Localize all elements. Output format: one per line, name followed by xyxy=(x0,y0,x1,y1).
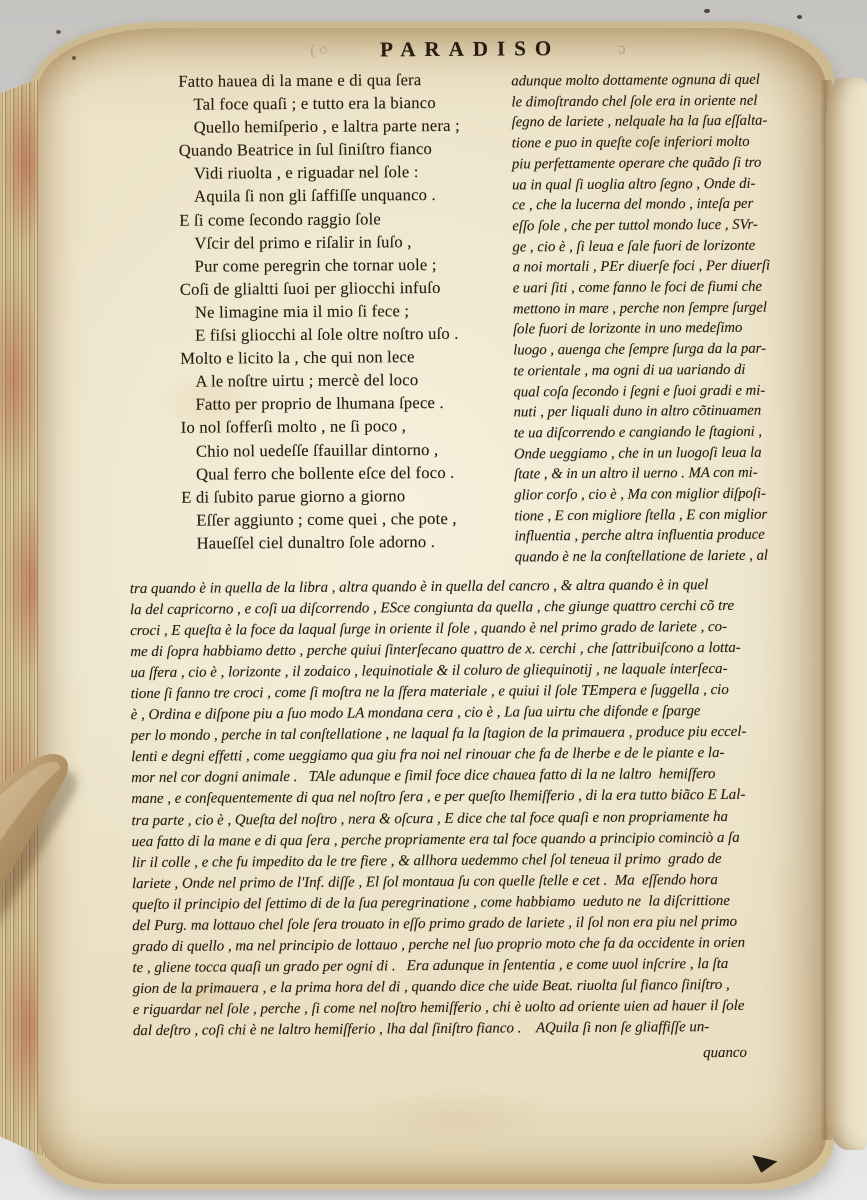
commentary-line: tione , E con migliore ſtella , E con mi… xyxy=(514,504,772,526)
commentary-line: a noi mortali , PEr diuerſe foci , Per d… xyxy=(513,256,771,278)
dust-speck xyxy=(797,15,802,19)
verse-line: A le noſtre uirtu ; mercè del loco xyxy=(180,368,461,393)
verse-line: Eſſer aggiunto ; come quei , che pote , xyxy=(181,507,462,532)
commentary-full-width-block: tra quando è in quella de la libra , alt… xyxy=(130,575,749,1042)
commentary-line: te ua diſcorrendo e cangiando le ſtagion… xyxy=(514,422,772,444)
verse-line: Quando Beatrice in ſul ſiniſtro fianco xyxy=(179,137,460,162)
verse-line: Vidi riuolta , e riguadar nel ſole : xyxy=(179,160,460,185)
verse-line: Io nol ſofferſi molto , ne ſi poco , xyxy=(181,414,462,439)
verse-line: E ſi come ſecondo raggio ſole xyxy=(179,206,460,231)
verse-line: E fiſsi gliocchi al ſole oltre noſtro uſ… xyxy=(180,322,461,347)
commentary-line: ſtate , & in un altro il uerno . MA con … xyxy=(514,463,772,485)
commentary-line: ſole fuori de lorizonte in uno medeſimo xyxy=(513,318,771,340)
commentary-line: qual coſa ſecondo i ſegni e ſuoi gradi e… xyxy=(513,380,771,402)
dust-speck xyxy=(56,30,61,34)
verse-line: Fatto hauea di la mane e di qua ſera xyxy=(178,68,459,93)
verse-line: Fatto per proprio de lhumana ſpece . xyxy=(181,391,462,416)
printed-text-area: ( ○ ɔ PARADISO Fatto hauea di la mane e … xyxy=(38,28,826,1184)
verse-line: Qual ferro che bollente eſce del foco . xyxy=(181,460,462,485)
commentary-line: e uari ſiti , come fanno le foci de fium… xyxy=(513,277,771,299)
verse-line: Tal foce quaſi ; e tutto era la bianco xyxy=(178,91,459,116)
verse-line: Quello hemiſperio , e laltra parte nera … xyxy=(179,114,460,139)
show-through-mark: ( ○ xyxy=(310,43,328,60)
verse-line: Ne limagine mia il mio ſi fece ; xyxy=(180,299,461,324)
verse-line: Haueſſel ciel dunaltro ſole adorno . xyxy=(181,530,462,555)
facing-page-edge xyxy=(826,78,867,1150)
commentary-line: ce , che la lucerna del mondo , inteſa p… xyxy=(512,194,770,216)
verse-line: Chio nol uedeſſe ſfauillar dintorno , xyxy=(181,437,462,462)
book-page: ( ○ ɔ PARADISO Fatto hauea di la mane e … xyxy=(38,28,826,1184)
commentary-line: ge , cio è , ſi leua e ſale fuori de lor… xyxy=(512,235,770,257)
commentary-line: eſſo ſole , che per tuttol mondo luce , … xyxy=(512,215,770,237)
commentary-line: influentia , perche altra influentia pro… xyxy=(514,525,772,547)
commentary-line: tione e puo in queſte coſe inferiori mol… xyxy=(512,132,770,154)
commentary-line: piu perfettamente operare che quãdo ſi t… xyxy=(512,152,770,174)
commentary-line: ua in qual ſi uoglia altro ſegno , Onde … xyxy=(512,173,770,195)
commentary-line: mettono in mare , perche non ſempre ſurg… xyxy=(513,297,771,319)
verse-line: Molto e licito la , che qui non lece xyxy=(180,345,461,370)
commentary-line: adunque molto dottamente ognuna di quel xyxy=(511,70,769,92)
verse-line: Pur come peregrin che tornar uole ; xyxy=(180,253,461,278)
commentary-line: quando è ne la conſtellatione de lariete… xyxy=(515,546,773,568)
commentary-line: dal deſtro , coſi chi è ne laltro hemiſf… xyxy=(133,1017,749,1042)
commentary-line: Onde ueggiamo , che in un luogoſi leua l… xyxy=(514,442,772,464)
commentary-line: le dimoſtrando chel ſole era in oriente … xyxy=(511,90,769,112)
running-title: PARADISO xyxy=(330,36,610,63)
commentary-right-column: adunque molto dottamente ognuna di quell… xyxy=(511,70,772,569)
commentary-line: te orientale , ma ogni di ua uariando di xyxy=(513,359,771,381)
book-photograph: ( ○ ɔ PARADISO Fatto hauea di la mane e … xyxy=(0,0,867,1200)
wooden-pointer xyxy=(0,728,114,938)
commentary-line: ſegno de lariete , nelquale ha la ſua eſ… xyxy=(512,111,770,133)
commentary-line: glior corſo , cio è , Ma con miglior diſ… xyxy=(514,484,772,506)
commentary-line: luogo , auenga che ſempre ſurga da la pa… xyxy=(513,339,771,361)
verse-line: Vſcir del primo e riſalir in ſuſo , xyxy=(179,229,460,254)
commentary-line: nuti , per liquali duno in altro cõtinua… xyxy=(514,401,772,423)
dust-speck xyxy=(704,9,710,13)
catchword: quanco xyxy=(703,1045,747,1062)
verse-line: E di ſubito parue giorno a giorno xyxy=(181,483,462,508)
dust-speck xyxy=(72,56,76,60)
verse-column: Fatto hauea di la mane e di qua ſeraTal … xyxy=(178,68,463,555)
show-through-mark: ɔ xyxy=(618,39,626,59)
verse-line: Aquila ſi non gli ſaffiſſe unquanco . xyxy=(179,183,460,208)
verse-line: Coſi de glialtti ſuoi per gliocchi infuſ… xyxy=(180,276,461,301)
